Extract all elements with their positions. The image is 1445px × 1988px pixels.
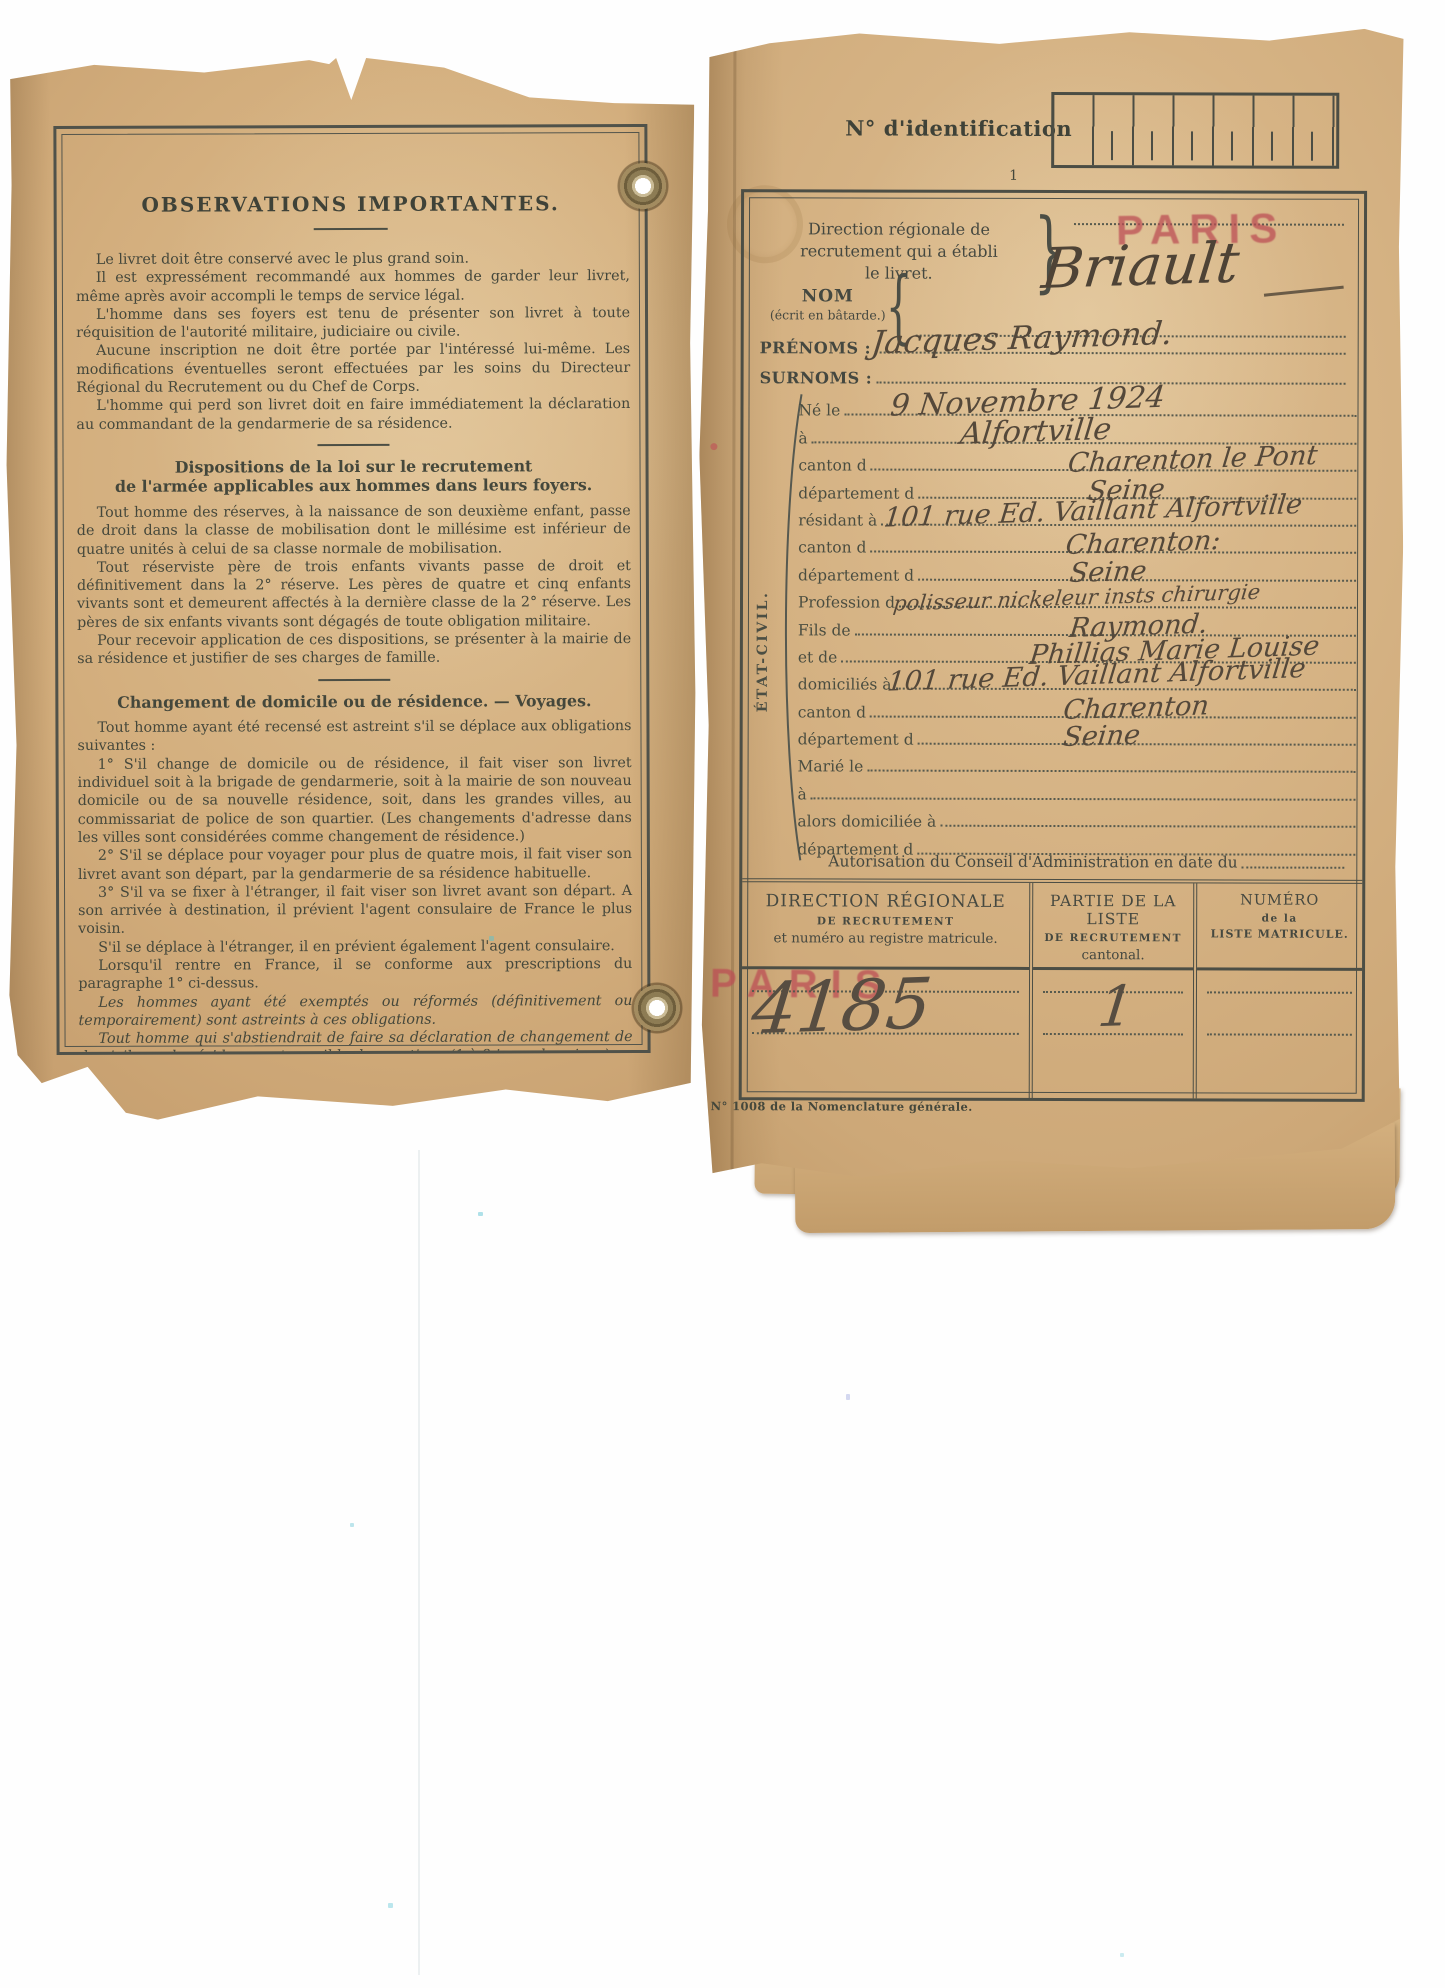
paragraph: Pour recevoir application de ces disposi… xyxy=(77,630,631,669)
handwritten-surname: Briault xyxy=(1039,231,1243,302)
field-label: à xyxy=(797,785,806,803)
form-field-row: département d Seine xyxy=(798,721,1356,750)
paragraph: Lorsqu'il rentre en France, il se confor… xyxy=(78,955,632,994)
field-label: canton d xyxy=(798,703,866,721)
paragraph: 1° S'il change de domicile ou de résiden… xyxy=(78,754,632,847)
scan-artifact xyxy=(489,936,494,941)
column-title: PARTIE DE LA LISTE xyxy=(1033,892,1193,928)
field-label: Profession d xyxy=(798,593,895,611)
paragraph: S'il se déplace à l'étranger, il en prév… xyxy=(78,937,632,957)
prenoms-row: PRÉNOMS : Jacques Raymond. xyxy=(760,338,1346,359)
field-label: et de xyxy=(798,648,837,666)
printed-text-body: Le livret doit être conservé avec le plu… xyxy=(76,249,633,1055)
dotted-line xyxy=(1207,991,1352,993)
column-subtitle: de la xyxy=(1197,912,1362,924)
column-title: DIRECTION RÉGIONALE xyxy=(742,891,1029,912)
paragraph: Les hommes ayant été exemptés ou réformé… xyxy=(78,992,632,1031)
scan-artifact xyxy=(478,1212,483,1216)
table-column-liste: PARTIE DE LA LISTE DE RECRUTEMENT canton… xyxy=(1029,883,1194,1098)
field-label: alors domiciliée à xyxy=(797,813,936,831)
form-border-frame: Direction régionale de recrutement qui a… xyxy=(739,189,1367,1102)
paragraph: Il est expressément recommandé aux homme… xyxy=(76,267,630,306)
column-note: cantonal. xyxy=(1033,947,1193,963)
dotted-line xyxy=(811,797,1356,800)
scan-crease-line xyxy=(418,1150,420,1975)
scan-artifact xyxy=(846,1394,850,1400)
form-field-row: canton d Charenton: xyxy=(798,529,1356,558)
field-label: canton d xyxy=(798,539,866,557)
scanned-document-background: OBSERVATIONS IMPORTANTES. Le livret doit… xyxy=(0,0,1445,1988)
surnoms-label: SURNOMS : xyxy=(760,368,873,387)
paragraph: Tout homme des réserves, à la naissance … xyxy=(77,502,631,559)
field-label: département d xyxy=(798,484,914,502)
nom-label-block: NOM (écrit en bâtarde.) xyxy=(760,286,896,322)
field-label: département d xyxy=(798,566,914,584)
table-column-numero: NUMÉRO de la LISTE MATRICULE. xyxy=(1193,883,1363,1098)
form-field-row: alors domiciliée à xyxy=(797,803,1355,832)
scan-artifact xyxy=(1120,1953,1124,1957)
paragraph: Aucune inscription ne doit être portée p… xyxy=(76,341,630,398)
field-label: domiciliés à xyxy=(798,676,892,694)
form-field-row: département d Seine xyxy=(798,557,1356,586)
table-column-direction: DIRECTION RÉGIONALE DE RECRUTEMENT et nu… xyxy=(742,882,1030,1098)
identification-number-label: N° d'identification xyxy=(845,115,1072,141)
column-note: LISTE MATRICULE. xyxy=(1197,927,1362,940)
scan-artifact xyxy=(350,1523,354,1527)
paragraph: Tout réserviste père de trois enfants vi… xyxy=(77,557,631,632)
handwritten-matricule-number: 4185 xyxy=(748,963,936,1051)
field-label: Né le xyxy=(798,402,840,420)
form-field-row: Marié le xyxy=(798,748,1356,777)
prenoms-label: PRÉNOMS : xyxy=(760,338,871,357)
form-field-row: résidant à 101 rue Ed. Vaillant Alfortvi… xyxy=(798,502,1356,531)
paragraph: Tout homme ayant été recensé est astrein… xyxy=(77,717,631,756)
identification-ruler-ticks xyxy=(1073,131,1336,161)
paragraph: Tout homme qui s'abstiendrait de faire s… xyxy=(79,1028,633,1055)
paragraph: Le livret doit être conservé avec le plu… xyxy=(76,249,630,269)
paragraph: L'homme qui perd son livret doit en fair… xyxy=(76,395,630,434)
scan-artifact xyxy=(388,1903,393,1908)
nomenclature-footer: N° 1008 de la Nomenclature générale. xyxy=(711,1099,973,1114)
handwritten-value: Alfortville xyxy=(958,412,1113,452)
autorisation-row: Autorisation du Conseil d'Administration… xyxy=(828,852,1344,871)
eyelet-grommet-top xyxy=(617,160,669,212)
page-number: 1 xyxy=(1009,168,1018,184)
page-shading xyxy=(4,45,54,1147)
eyelet-grommet-bottom xyxy=(631,982,683,1034)
field-label: Marié le xyxy=(798,758,864,776)
handwritten-value: Seine xyxy=(1062,720,1142,753)
field-label: canton d xyxy=(798,457,866,475)
civil-status-fields: Né le 9 Novembre 1924 à Alfortville cant… xyxy=(797,392,1356,859)
dotted-line xyxy=(1242,867,1345,869)
paragraph: Changement de domicile ou de résidence. … xyxy=(77,691,631,712)
paragraph xyxy=(318,679,390,681)
table-header: DIRECTION RÉGIONALE DE RECRUTEMENT et nu… xyxy=(742,882,1029,970)
dotted-line xyxy=(940,825,1355,828)
paragraph: 2° S'il se déplace pour voyager pour plu… xyxy=(78,845,632,884)
paper-stain xyxy=(710,443,717,450)
field-label: à xyxy=(798,429,807,447)
booklet-left-page: OBSERVATIONS IMPORTANTES. Le livret doit… xyxy=(4,43,698,1147)
paragraph: Dispositions de la loi sur le recrutemen… xyxy=(77,456,631,497)
dotted-line xyxy=(867,770,1355,773)
page-title: OBSERVATIONS IMPORTANTES. xyxy=(57,191,645,217)
field-label: Fils de xyxy=(798,621,851,639)
form-field-row: Profession d polisseur nickeleur insts c… xyxy=(798,584,1356,613)
handwritten-liste-number: 1 xyxy=(1095,974,1138,1040)
recruitment-table: DIRECTION RÉGIONALE DE RECRUTEMENT et nu… xyxy=(742,878,1363,1099)
form-field-row: à xyxy=(797,776,1355,805)
form-field-row: domiciliés à 101 rue Ed. Vaillant Alfort… xyxy=(798,666,1356,695)
etat-civil-vertical-label: ÉTAT-CIVIL. xyxy=(755,502,772,712)
paragraph: L'homme dans ses foyers est tenu de prés… xyxy=(76,304,630,343)
column-note: et numéro au registre matricule. xyxy=(742,930,1029,947)
column-title: NUMÉRO xyxy=(1197,892,1362,908)
field-label: département d xyxy=(798,730,914,748)
table-header: NUMÉRO de la LISTE MATRICULE. xyxy=(1197,883,1362,970)
nom-sublabel: (écrit en bâtarde.) xyxy=(760,307,896,322)
printed-border-frame: OBSERVATIONS IMPORTANTES. Le livret doit… xyxy=(53,124,650,1055)
identification-number-box xyxy=(1051,92,1339,169)
autorisation-label: Autorisation du Conseil d'Administration… xyxy=(828,852,1237,871)
nom-label: NOM xyxy=(760,286,896,306)
paragraph: 3° S'il va se fixer à l'étranger, il fai… xyxy=(78,882,632,939)
dotted-line xyxy=(1207,1033,1352,1035)
handwritten-value: Charenton le Pont xyxy=(1066,440,1319,479)
table-header: PARTIE DE LA LISTE DE RECRUTEMENT canton… xyxy=(1033,883,1193,970)
column-subtitle: DE RECRUTEMENT xyxy=(1033,932,1193,944)
form-field-row: canton d Charenton xyxy=(798,694,1356,723)
divider-rule xyxy=(314,228,388,230)
paragraph xyxy=(317,444,389,446)
column-subtitle: DE RECRUTEMENT xyxy=(742,915,1029,928)
field-label: résidant à xyxy=(798,511,877,529)
form-field-row: canton d Charenton le Pont xyxy=(798,447,1356,476)
booklet-right-page: N° d'identification 1 Direction régional… xyxy=(696,25,1405,1183)
